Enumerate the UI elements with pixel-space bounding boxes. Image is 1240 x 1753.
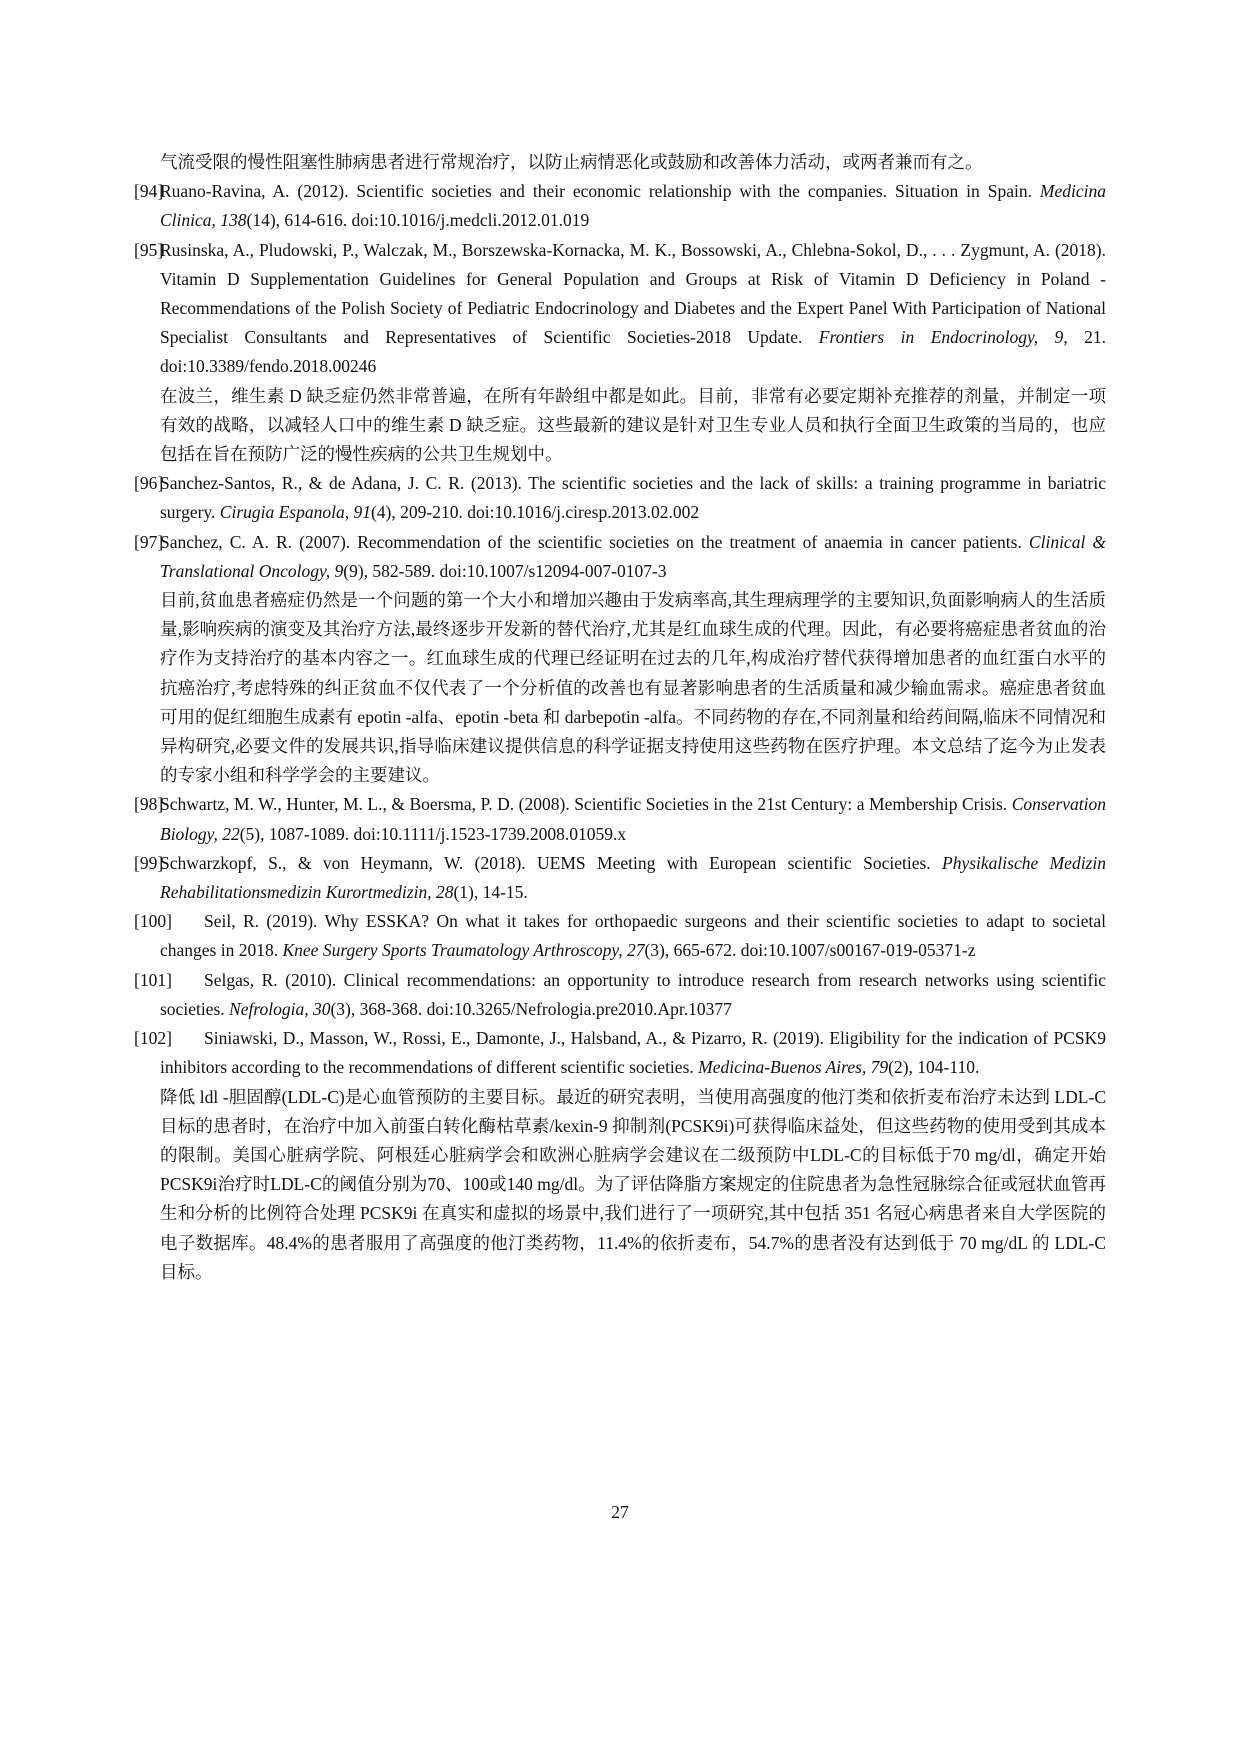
reference-number: [96] bbox=[134, 469, 163, 498]
reference-96: [96] Sanchez-Santos, R., & de Adana, J. … bbox=[134, 469, 1106, 527]
reference-number: [100] bbox=[134, 907, 172, 936]
chinese-summary: 目前,贫血患者癌症仍然是一个问题的第一个大小和增加兴趣由于发病率高,其生理病理学… bbox=[160, 586, 1106, 790]
reference-95: [95] Rusinska, A., Pludowski, P., Walcza… bbox=[134, 236, 1106, 470]
chinese-summary: 在波兰，维生素 D 缺乏症仍然非常普遍，在所有年龄组中都是如此。目前，非常有必要… bbox=[160, 382, 1106, 470]
page-number: 27 bbox=[0, 1502, 1240, 1523]
citation-details: (4), 209-210. doi:10.1016/j.ciresp.2013.… bbox=[371, 502, 699, 522]
reference-98: [98] Schwartz, M. W., Hunter, M. L., & B… bbox=[134, 790, 1106, 848]
citation-details: (2), 104-110. bbox=[888, 1057, 979, 1077]
journal-title: Knee Surgery Sports Traumatology Arthros… bbox=[282, 940, 644, 960]
reference-97: [97] Sanchez, C. A. R. (2007). Recommend… bbox=[134, 528, 1106, 791]
reference-101: [101] Selgas, R. (2010). Clinical recomm… bbox=[134, 966, 1106, 1024]
journal-title: Nefrologia, 30 bbox=[229, 999, 330, 1019]
chinese-summary: 降低 ldl -胆固醇(LDL-C)是心血管预防的主要目标。最近的研究表明，当使… bbox=[160, 1083, 1106, 1287]
document-page: 气流受限的慢性阻塞性肺病患者进行常规治疗，以防止病情恶化或鼓励和改善体力活动，或… bbox=[0, 0, 1240, 1753]
citation-details: (1), 14-15. bbox=[453, 882, 527, 902]
reference-number: [99] bbox=[134, 849, 163, 878]
journal-title: Medicina-Buenos Aires, 79 bbox=[698, 1057, 888, 1077]
citation-details: (9), 582-589. doi:10.1007/s12094-007-010… bbox=[343, 561, 666, 581]
reference-94: [94] Ruano-Ravina, A. (2012). Scientific… bbox=[134, 177, 1106, 235]
journal-title: Frontiers in Endocrinology, 9 bbox=[819, 327, 1064, 347]
reference-number: [102] bbox=[134, 1024, 172, 1053]
citation-details: (14), 614-616. doi:10.1016/j.medcli.2012… bbox=[247, 210, 590, 230]
reference-number: [95] bbox=[134, 236, 163, 265]
citation-details: (3), 665-672. doi:10.1007/s00167-019-053… bbox=[644, 940, 975, 960]
reference-102: [102] Siniawski, D., Masson, W., Rossi, … bbox=[134, 1024, 1106, 1287]
reference-number: [98] bbox=[134, 790, 163, 819]
citation-text: Ruano-Ravina, A. (2012). Scientific soci… bbox=[160, 181, 1040, 201]
journal-title: Cirugia Espanola, 91 bbox=[220, 502, 371, 522]
carryover-note: 气流受限的慢性阻塞性肺病患者进行常规治疗，以防止病情恶化或鼓励和改善体力活动，或… bbox=[134, 148, 1106, 177]
reference-100: [100] Seil, R. (2019). Why ESSKA? On wha… bbox=[134, 907, 1106, 965]
reference-number: [97] bbox=[134, 528, 163, 557]
reference-number: [94] bbox=[134, 177, 163, 206]
reference-list: 气流受限的慢性阻塞性肺病患者进行常规治疗，以防止病情恶化或鼓励和改善体力活动，或… bbox=[134, 148, 1106, 1287]
citation-details: (3), 368-368. doi:10.3265/Nefrologia.pre… bbox=[330, 999, 731, 1019]
reference-number: [101] bbox=[134, 966, 172, 995]
citation-text: Schwarzkopf, S., & von Heymann, W. (2018… bbox=[160, 853, 942, 873]
citation-text: Schwartz, M. W., Hunter, M. L., & Boersm… bbox=[160, 794, 1012, 814]
reference-99: [99] Schwarzkopf, S., & von Heymann, W. … bbox=[134, 849, 1106, 907]
citation-text: Sanchez, C. A. R. (2007). Recommendation… bbox=[160, 532, 1029, 552]
citation-details: (5), 1087-1089. doi:10.1111/j.1523-1739.… bbox=[240, 824, 626, 844]
